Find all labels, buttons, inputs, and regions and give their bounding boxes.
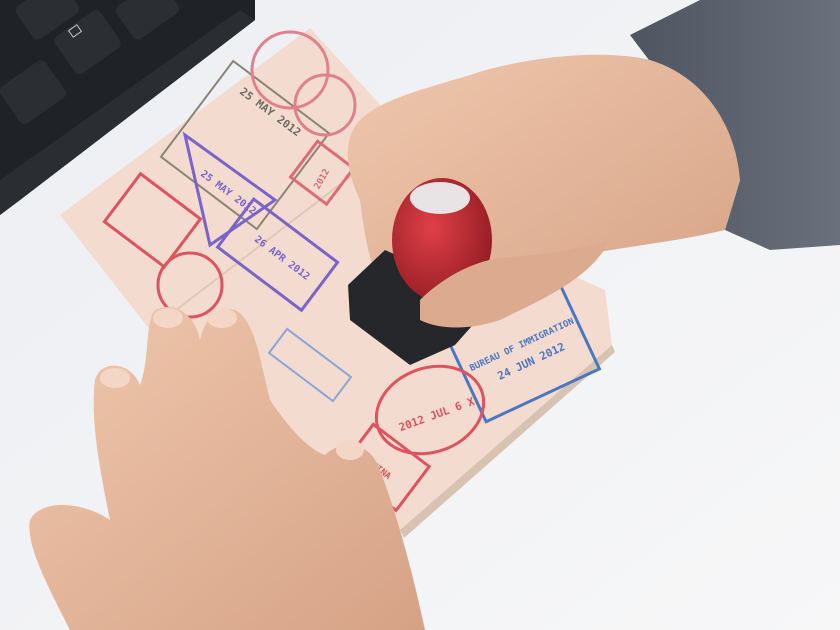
passport-stamping-photo: 25 MAY 2012 2012 25 MAY 2012 26 APR 2012… (0, 0, 840, 630)
